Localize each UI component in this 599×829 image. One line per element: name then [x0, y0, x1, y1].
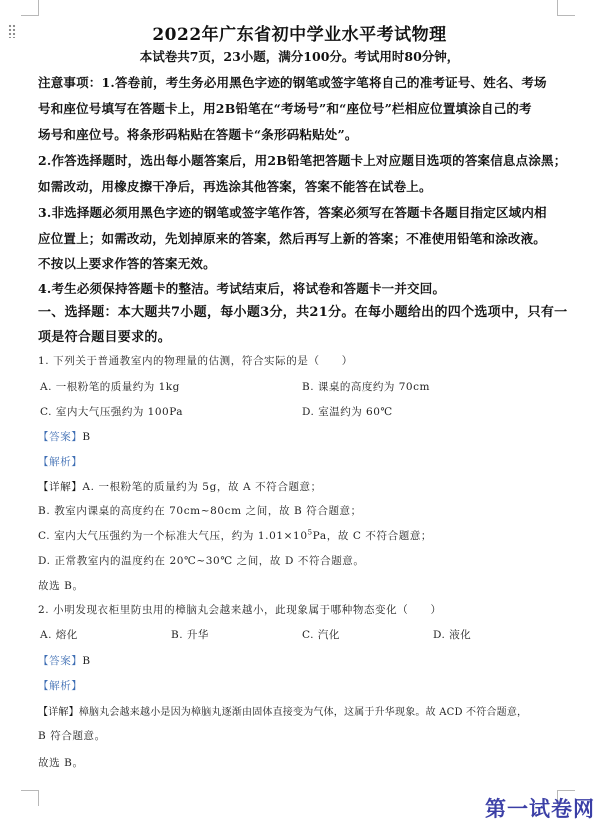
- question-1-option-a: A. 一根粉笔的质量约为 1kg: [40, 379, 180, 394]
- answer-value: B: [82, 655, 90, 667]
- notice-line: 场号和座位号。将条形码粘贴在答题卡“条形码粘贴处”。: [38, 125, 358, 143]
- document-title: 2022年广东省初中学业水平考试物理: [0, 20, 599, 45]
- question-1-analysis-label: 【解析】: [38, 454, 82, 469]
- question-2-option-c: C. 汽化: [302, 627, 340, 642]
- question-2-detail-line: B 符合题意。: [38, 728, 106, 743]
- detail-text-tail: Pa，故 C 不符合题意；: [313, 530, 432, 542]
- notice-line: 应位置上；如需改动，先划掉原来的答案，然后再写上新的答案；不准使用铅笔和涂改液。: [38, 229, 546, 247]
- question-1-detail-line: D. 正常教室内的温度约在 20℃~30℃ 之间，故 D 不符合题意。: [38, 553, 365, 568]
- page-corner-mark-top-left: [21, 0, 39, 16]
- page-corner-mark-bottom-left: [21, 790, 39, 806]
- notice-line: 2.作答选择题时，选出每小题答案后，用2B铅笔把答题卡上对应题目选项的答案信息点…: [38, 151, 566, 169]
- detail-line: A. 一根粉笔的质量约为 5g，故 A 不符合题意；: [82, 481, 321, 493]
- answer-label: 【答案】: [38, 655, 82, 667]
- question-1-detail-line: B. 教室内课桌的高度约在 70cm~80cm 之间，故 B 符合题意；: [38, 503, 362, 518]
- section-heading: 一、选择题：本大题共7小题，每小题3分，共21分。在每小题给出的四个选项中，只有…: [38, 301, 567, 320]
- notice-line: 如需改动，用橡皮擦干净后，再选涂其他答案，答案不能答在试卷上。: [38, 177, 432, 195]
- notice-line: 3.非选择题必须用黑色字迹的钢笔或签字笔作答，答案必须写在答题卡各题目指定区域内…: [38, 203, 547, 221]
- question-2-stem: 2. 小明发现衣柜里防虫用的樟脑丸会越来越小，此现象属于哪种物态变化（ ）: [38, 602, 442, 617]
- detail-text: C. 室内大气压强约为一个标准大气压，约为 1.01×10: [38, 530, 308, 542]
- notice-line: 注意事项：1.答卷前，考生务必用黑色字迹的钢笔或签字笔将自己的准考证号、姓名、考…: [38, 73, 547, 91]
- question-2-option-b: B. 升华: [171, 627, 209, 642]
- detail-label: 【详解】: [38, 481, 82, 493]
- question-2-conclusion: 故选 B。: [38, 755, 84, 770]
- question-1-stem: 1. 下列关于普通教室内的物理量的估测，符合实际的是（ ）: [38, 353, 353, 368]
- section-heading-cont: 项是符合题目要求的。: [38, 326, 171, 345]
- answer-value: B: [82, 431, 90, 443]
- question-2-option-a: A. 熔化: [40, 627, 78, 642]
- notice-line: 不按以上要求作答的答案无效。: [38, 254, 216, 272]
- answer-label: 【答案】: [38, 431, 82, 443]
- question-1-option-d: D. 室温约为 60℃: [302, 404, 393, 419]
- question-1-detail-line: C. 室内大气压强约为一个标准大气压，约为 1.01×105Pa，故 C 不符合…: [38, 528, 432, 543]
- question-1-option-b: B. 课桌的高度约为 70cm: [302, 379, 430, 394]
- detail-line: 樟脑丸会越来越小是因为樟脑丸逐渐由固体直接变为气体，这属于升华现象。故 ACD …: [79, 707, 527, 718]
- question-2-detail: 【详解】樟脑丸会越来越小是因为樟脑丸逐渐由固体直接变为气体，这属于升华现象。故 …: [38, 703, 527, 718]
- question-1-conclusion: 故选 B。: [38, 578, 84, 593]
- watermark-logo: 第一试卷网: [485, 793, 595, 823]
- document-page: 2022年广东省初中学业水平考试物理 本试卷共7页，23小题，满分100分。考试…: [0, 0, 599, 829]
- document-subtitle: 本试卷共7页，23小题，满分100分。考试用时80分钟，: [0, 47, 599, 65]
- question-1-detail: 【详解】A. 一根粉笔的质量约为 5g，故 A 不符合题意；: [38, 479, 322, 494]
- question-2-answer: 【答案】B: [38, 653, 91, 668]
- question-1-option-c: C. 室内大气压强约为 100Pa: [40, 404, 183, 419]
- question-2-analysis-label: 【解析】: [38, 678, 82, 693]
- detail-label: 【详解】: [38, 707, 79, 718]
- notice-line: 号和座位号填写在答题卡上，用2B铅笔在“考场号”和“座位号”栏相应位置填涂自己的…: [38, 99, 532, 117]
- question-2-option-d: D. 液化: [433, 627, 471, 642]
- notice-line: 4.考生必须保持答题卡的整洁。考试结束后，将试卷和答题卡一并交回。: [38, 279, 445, 297]
- question-1-answer: 【答案】B: [38, 429, 91, 444]
- page-corner-mark-top-right: [557, 0, 575, 16]
